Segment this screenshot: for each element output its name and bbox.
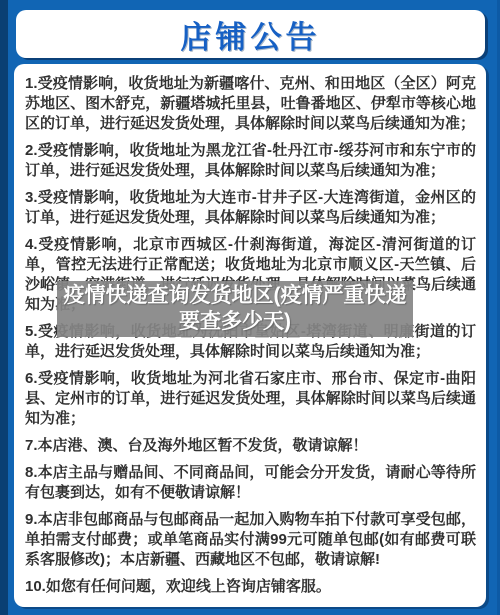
notice-item-10: 10.如您有任何问题，欢迎线上咨询店铺客服。 — [25, 577, 476, 597]
notice-item-9: 9.本店非包邮商品与包邮商品一起加入购物车拍下付款可享受包邮，单拍需支付邮费；或… — [25, 510, 476, 570]
watermark-overlay: 疫情快递查询发货地区(疫情严重快递要查多少天) — [57, 281, 413, 337]
header-banner: 店铺公告 — [16, 10, 485, 58]
notice-item-8: 8.本店主品与赠品间、不同商品间，可能会分开发货，请耐心等待所有包裹到达，如有不… — [25, 463, 476, 503]
announcement-page: 店铺公告 1.受疫情影响，收货地址为新疆喀什、克州、和田地区（全区）阿克苏地区、… — [0, 0, 500, 615]
notice-item-3: 3.受疫情影响，收货地址为大连市-甘井子区-大连湾街道，金州区的订单，进行延迟发… — [25, 188, 476, 228]
watermark-title: 疫情快递查询发货地区(疫情严重快递要查多少天) — [59, 283, 411, 335]
page-title: 店铺公告 — [181, 12, 321, 57]
notice-item-2: 2.受疫情影响，收货地址为黑龙江省-牡丹江市-绥芬河市和东宁市的订单，进行延迟发… — [25, 141, 476, 181]
notice-item-6: 6.受疫情影响，收货地址为河北省石家庄市、邢台市、保定市-曲阳县、定州市的订单，… — [25, 369, 476, 429]
notice-item-1: 1.受疫情影响，收货地址为新疆喀什、克州、和田地区（全区）阿克苏地区、图木舒克，… — [25, 74, 476, 134]
notice-item-7: 7.本店港、澳、台及海外地区暂不发货，敬请谅解！ — [25, 436, 476, 456]
left-accent-stripe — [0, 0, 8, 615]
